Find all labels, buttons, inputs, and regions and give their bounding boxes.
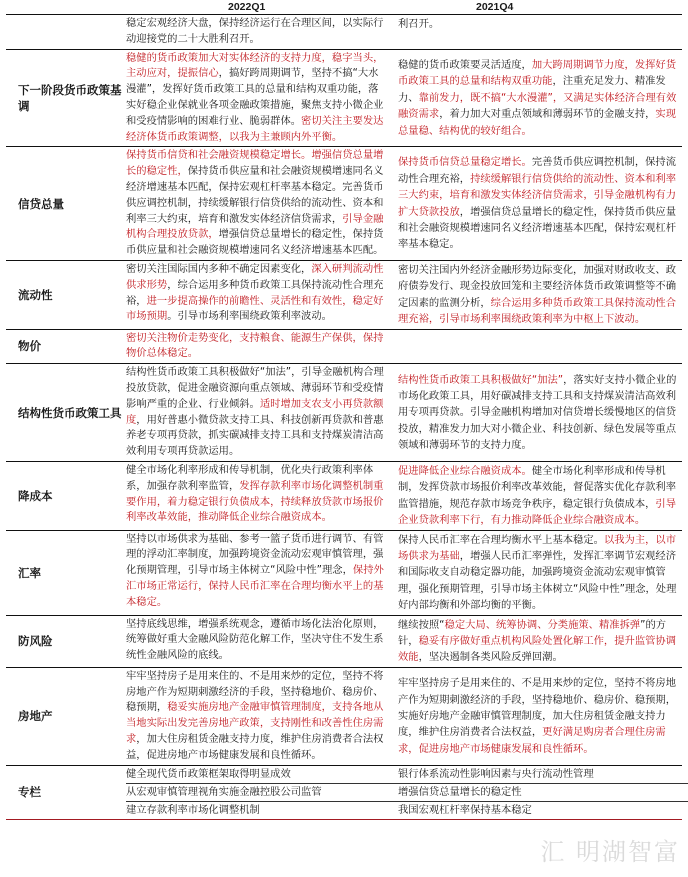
policy-comparison-table: 2022Q1 2021Q4 稳定宏观经济大盘，保持经济运行在合理区间，以实际行动…	[6, 0, 682, 820]
row-label: 流动性	[6, 261, 126, 329]
row-label	[6, 15, 126, 49]
highlighted-text: 密切关注物价走势变化，支持粮食、能源生产保供，保持物价总体稳定。	[126, 332, 383, 360]
text-span: 继续按照“	[398, 619, 445, 631]
row-label: 房地产	[6, 668, 126, 765]
column-item: 建立存款利率市场化调整机制 我国宏观杠杆率保持基本稳定	[126, 802, 688, 819]
cell-2022q1: 坚持底线思维，增强系统观念，遵循市场化法治化原则，统筹做好重大金融风险防范化解工…	[126, 616, 388, 667]
cell-2022q1: 稳定宏观经济大盘，保持经济运行在合理区间，以实际行动迎接党的二十大胜利召开。	[126, 15, 388, 49]
column-item: 从宏观审慎管理视角实施金融控股公司监管 增强信贷总量增长的稳定性	[126, 784, 688, 802]
highlighted-text: 保持货币信贷总量稳定增长。	[398, 156, 532, 168]
highlighted-text: 促进降低企业综合融资成本。	[398, 465, 532, 477]
text-span: 利召开。	[398, 18, 439, 30]
column-2021q4: 我国宏观杠杆率保持基本稳定	[388, 802, 688, 819]
table-row: 物价密切关注物价走势变化，支持粮食、能源生产保供，保持物价总体稳定。	[6, 330, 682, 365]
cell-2021q4: 继续按照“稳定大局、统筹协调、分类施策、精准拆弹”的方针，稳妥有序做好重点机构风…	[388, 616, 682, 667]
row-label: 降成本	[6, 462, 126, 530]
table-row: 下一阶段货币政策基调稳健的货币政策加大对实体经济的支持力度，稳字当头，主动应对，…	[6, 50, 682, 148]
cell-2021q4	[388, 330, 682, 364]
text-span: 。引导市场利率围绕政策利率波动。	[167, 310, 332, 322]
header-2021q4: 2021Q4	[476, 1, 513, 13]
row-label: 防风险	[6, 616, 126, 667]
column-item: 健全现代货币政策框架取得明显成效 银行体系流动性影响因素与央行流动性管理	[126, 766, 688, 784]
text-span: 保持人民币汇率在合理均衡水平上基本稳定。	[398, 534, 604, 546]
text-span: ，用好普惠小微贷款支持工具、科技创新再贷款和普惠养老专项再贷款，抓实碳减排支持工…	[126, 414, 383, 458]
intro-row: 稳定宏观经济大盘，保持经济运行在合理区间，以实际行动迎接党的二十大胜利召开。 利…	[6, 15, 682, 50]
table-row: 降成本健全市场化利率形成和传导机制，优化央行政策利率体系，加强存款利率监管，发挥…	[6, 462, 682, 531]
column-2022q1: 建立存款利率市场化调整机制	[126, 802, 388, 819]
column-2022q1: 健全现代货币政策框架取得明显成效	[126, 766, 388, 783]
text-span: 坚持底线思维，增强系统观念，遵循市场化法治化原则，统筹做好重大金融风险防范化解工…	[126, 618, 383, 662]
cell-2022q1: 保持货币信贷和社会融资规模稳定增长。增强信贷总量增长的稳定性，保持货币供应量和社…	[126, 147, 388, 260]
highlighted-text: 稳定大局、统筹协调、分类施策、精准拆弹	[445, 619, 641, 631]
text-span: ，坚决遏制各类风险反弹回潮。	[419, 651, 563, 663]
cell-2022q1: 结构性货币政策工具积极做好“加法”，引导金融机构合理投放贷款，促进金融资源向重点…	[126, 364, 388, 461]
table-row: 防风险坚持底线思维，增强系统观念，遵循市场化法治化原则，统筹做好重大金融风险防范…	[6, 616, 682, 668]
cell-2021q4: 保持人民币汇率在合理均衡水平上基本稳定。以我为主，以市场供求为基础，增强人民币汇…	[388, 531, 682, 615]
cell-2021q4: 保持货币信贷总量稳定增长。完善货币供应调控机制，保持流动性合理充裕，持续缓解银行…	[388, 147, 682, 260]
table-row: 房地产牢牢坚持房子是用来住的、不是用来炒的定位，坚持不将房地产作为短期刺激经济的…	[6, 668, 682, 766]
cell-2022q1: 坚持以市场供求为基础、参考一篮子货币进行调节、有管理的浮动汇率制度，加强跨境资金…	[126, 531, 388, 615]
column-2021q4: 银行体系流动性影响因素与央行流动性管理	[388, 766, 688, 783]
text-span: 稳健的货币政策要灵活适度，	[398, 59, 532, 71]
cell-2021q4: 结构性货币政策工具积极做好“加法”，落实好支持小微企业的市场化政策工具，用好碳减…	[388, 364, 682, 461]
table-row: 信贷总量保持货币信贷和社会融资规模稳定增长。增强信贷总量增长的稳定性，保持货币供…	[6, 147, 682, 261]
table-row: 结构性货币政策工具结构性货币政策工具积极做好“加法”，引导金融机构合理投放贷款，…	[6, 364, 682, 462]
header-2022q1: 2022Q1	[228, 1, 265, 13]
cell-2022q1: 稳健的货币政策加大对实体经济的支持力度，稳字当头，主动应对，提振信心，搞好跨周期…	[126, 50, 388, 147]
cell-2021q4: 牢牢坚持房子是用来住的、不是用来炒的定位，坚持不将房地产作为短期刺激经济的手段，…	[388, 668, 682, 765]
row-label: 物价	[6, 330, 126, 364]
text-span: ，加大住房租赁金融支持力度，维护住房消费者合法权益，促进房地产市场健康发展和良性…	[126, 733, 383, 761]
row-label-columns: 专栏	[6, 766, 126, 819]
row-label: 下一阶段货币政策基调	[6, 50, 126, 147]
watermark: 汇 明湖智富	[540, 832, 680, 867]
cell-2022q1: 牢牢坚持房子是用来住的、不是用来炒的定位，坚持不将房地产作为短期刺激经济的手段，…	[126, 668, 388, 765]
cell-2021q4: 密切关注国内外经济金融形势边际变化，加强对财政收支、政府债券发行、现金投放回笼和…	[388, 261, 682, 329]
columns-row: 专栏 健全现代货币政策框架取得明显成效 银行体系流动性影响因素与央行流动性管理 …	[6, 766, 682, 820]
row-label: 结构性货币政策工具	[6, 364, 126, 461]
table-row: 流动性密切关注国际国内多种不确定因素变化，深入研判流动性供求形势，综合运用多种货…	[6, 261, 682, 330]
text-span: ，着力加大对重点领域和薄弱环节的金融支持，	[439, 108, 655, 120]
text-span: 密切关注国际国内多种不确定因素变化，	[126, 263, 311, 275]
text-span: 稳定宏观经济大盘，保持经济运行在合理区间，以实际行动迎接党的二十大胜利召开。	[126, 17, 383, 45]
row-label: 汇率	[6, 531, 126, 615]
row-label: 信贷总量	[6, 147, 126, 260]
text-span: 坚持以市场供求为基础、参考一篮子货币进行调节、有管理的浮动汇率制度，加强跨境资金…	[126, 533, 383, 577]
cell-2022q1: 健全市场化利率形成和传导机制，优化央行政策利率体系，加强存款利率监管，发挥存款利…	[126, 462, 388, 530]
column-2022q1: 从宏观审慎管理视角实施金融控股公司监管	[126, 784, 388, 801]
table-row: 汇率坚持以市场供求为基础、参考一篮子货币进行调节、有管理的浮动汇率制度，加强跨境…	[6, 531, 682, 616]
column-2021q4: 增强信贷总量增长的稳定性	[388, 784, 688, 801]
cell-2022q1: 密切关注国际国内多种不确定因素变化，深入研判流动性供求形势，综合运用多种货币政策…	[126, 261, 388, 329]
cell-2021q4: 促进降低企业综合融资成本。健全市场化利率形成和传导机制，发挥贷款市场报价利率改革…	[388, 462, 682, 530]
columns-list: 健全现代货币政策框架取得明显成效 银行体系流动性影响因素与央行流动性管理 从宏观…	[126, 766, 688, 819]
cell-2021q4: 稳健的货币政策要灵活适度，加大跨周期调节力度，发挥好货币政策工具的总量和结构双重…	[388, 50, 682, 147]
table-header: 2022Q1 2021Q4	[6, 0, 682, 15]
highlighted-text: 结构性货币政策工具积极做好“加法”	[398, 374, 563, 386]
cell-2022q1: 密切关注物价走势变化，支持粮食、能源生产保供，保持物价总体稳定。	[126, 330, 388, 364]
cell-2021q4: 利召开。	[388, 15, 682, 49]
